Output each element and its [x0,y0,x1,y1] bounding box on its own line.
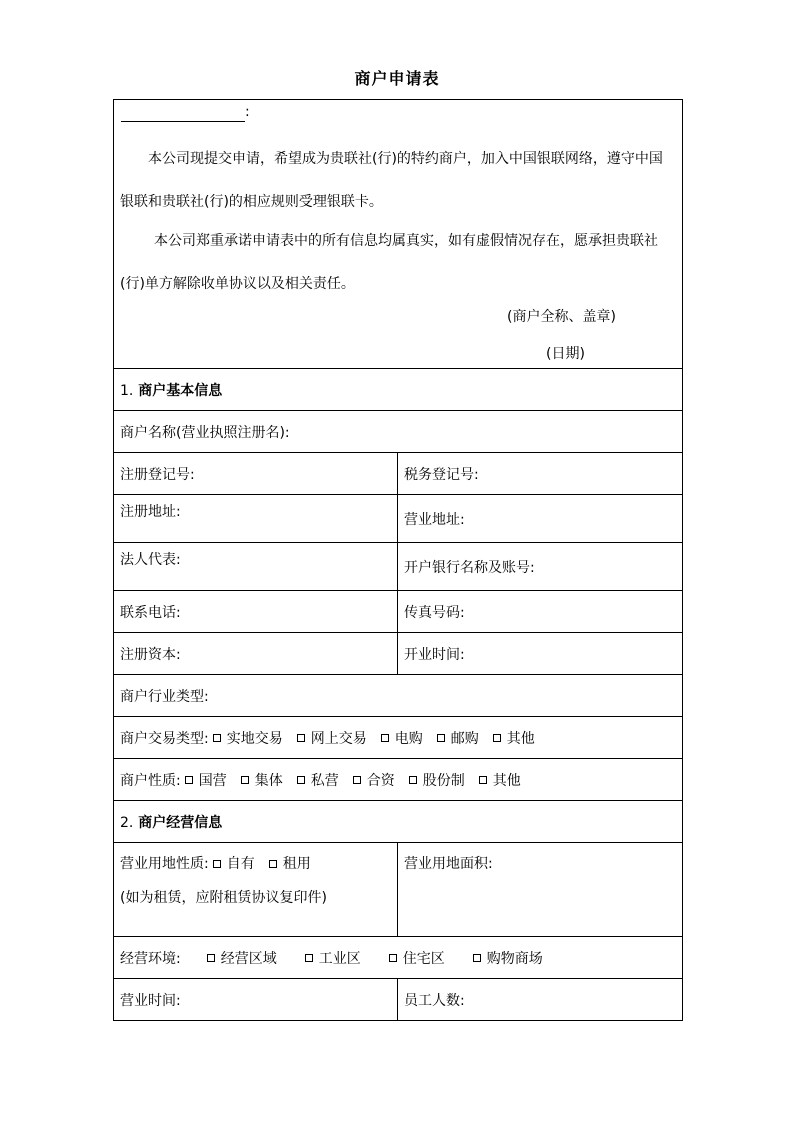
section-1-number: 1. [120,383,133,399]
environment-option: 工业区 [319,951,361,967]
hours-field[interactable]: 营业时间: [114,979,398,1021]
addressee-colon: : [245,104,250,120]
environment-option: 住宅区 [403,951,445,967]
section-2-header: 2. 商户经营信息 [114,801,683,843]
checkbox-icon[interactable] [409,776,417,784]
checkbox-icon[interactable] [473,954,481,962]
checkbox-icon[interactable] [297,776,305,784]
checkbox-icon[interactable] [381,734,389,742]
trade-type-option: 网上交易 [311,731,367,747]
date-label: (日期) [546,343,585,363]
trade-type-row: 商户交易类型:实地交易网上交易电购邮购其他 [114,717,683,759]
lease-note: (如为租赁，应附租赁协议复印件) [120,887,391,907]
land-nature-option: 自有 [227,856,255,872]
nature-option: 国营 [199,773,227,789]
nature-row: 商户性质:国营集体私营合资股份制其他 [114,759,683,801]
land-area-field[interactable]: 营业用地面积: [398,843,683,937]
nature-option: 集体 [255,773,283,789]
checkbox-icon[interactable] [213,734,221,742]
section-2-number: 2. [120,815,133,831]
merchant-application-form: : 本公司现提交申请，希望成为贵联社(行)的特约商户，加入中国银联网络，遵守中国… [113,99,683,1021]
checkbox-icon[interactable] [437,734,445,742]
land-nature-option: 租用 [283,856,311,872]
environment-option: 经营区域 [221,951,277,967]
checkbox-icon[interactable] [207,954,215,962]
checkbox-icon[interactable] [305,954,313,962]
biz-address-field[interactable]: 营业地址: [398,495,683,543]
nature-option: 合资 [367,773,395,789]
checkbox-icon[interactable] [213,860,221,868]
fax-field[interactable]: 传真号码: [398,591,683,633]
legal-rep-field[interactable]: 法人代表: [114,543,398,591]
reg-no-field[interactable]: 注册登记号: [114,453,398,495]
intro-paragraph-1: 本公司现提交申请，希望成为贵联社(行)的特约商户，加入中国银联网络，遵守中国银联… [120,138,676,224]
nature-option: 私营 [311,773,339,789]
nature-label: 商户性质: [120,773,181,789]
phone-field[interactable]: 联系电话: [114,591,398,633]
section-2-title: 商户经营信息 [138,815,222,831]
checkbox-icon[interactable] [269,860,277,868]
trade-type-option: 实地交易 [227,731,283,747]
reg-capital-field[interactable]: 注册资本: [114,633,398,675]
intro-cell: : 本公司现提交申请，希望成为贵联社(行)的特约商户，加入中国银联网络，遵守中国… [114,100,683,369]
checkbox-icon[interactable] [241,776,249,784]
environment-label: 经营环境: [120,951,181,967]
merchant-name-field[interactable]: 商户名称(营业执照注册名): [114,411,683,453]
addressee-blank-field[interactable] [121,102,245,122]
environment-row: 经营环境:经营区域工业区住宅区购物商场 [114,937,683,979]
land-nature-label: 营业用地性质: [120,856,209,872]
signature-label: (商户全称、盖章) [507,306,616,326]
open-date-field[interactable]: 开业时间: [398,633,683,675]
checkbox-icon[interactable] [389,954,397,962]
industry-field[interactable]: 商户行业类型: [114,675,683,717]
tax-no-field[interactable]: 税务登记号: [398,453,683,495]
intro-paragraph-2: 本公司郑重承诺申请表中的所有信息均属真实，如有虚假情况存在，愿承担贵联社(行)单… [120,220,676,306]
reg-address-field[interactable]: 注册地址: [114,495,398,543]
page-title: 商户申请表 [0,66,794,89]
trade-type-option: 邮购 [451,731,479,747]
trade-type-option: 电购 [395,731,423,747]
trade-type-option: 其他 [507,731,535,747]
checkbox-icon[interactable] [353,776,361,784]
section-1-header: 1. 商户基本信息 [114,369,683,411]
nature-option: 其他 [493,773,521,789]
checkbox-icon[interactable] [493,734,501,742]
checkbox-icon[interactable] [297,734,305,742]
environment-option: 购物商场 [487,951,543,967]
trade-type-label: 商户交易类型: [120,731,209,747]
checkbox-icon[interactable] [479,776,487,784]
bank-account-field[interactable]: 开户银行名称及账号: [398,543,683,591]
staff-field[interactable]: 员工人数: [398,979,683,1021]
checkbox-icon[interactable] [185,776,193,784]
nature-option: 股份制 [423,773,465,789]
section-1-title: 商户基本信息 [138,383,222,399]
land-nature-cell: 营业用地性质:自有租用 (如为租赁，应附租赁协议复印件) [114,843,398,937]
